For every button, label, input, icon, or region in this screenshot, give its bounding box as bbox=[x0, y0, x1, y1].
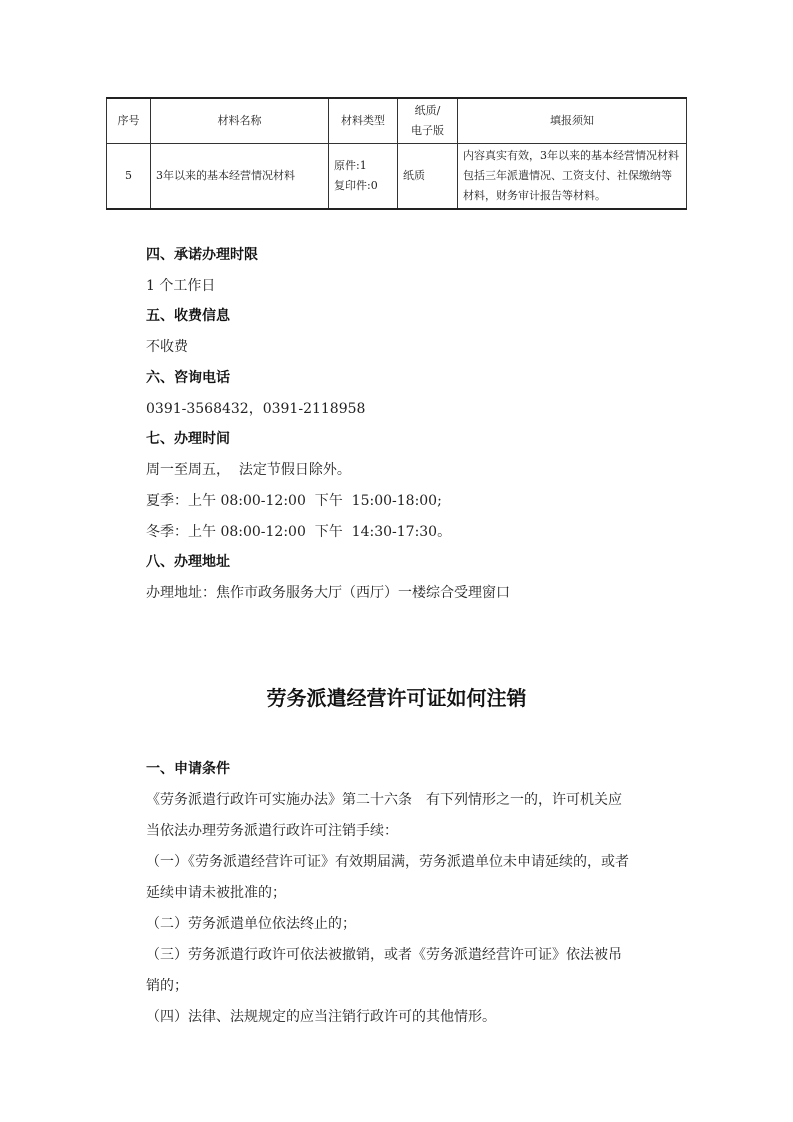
table-header-row: 序号 材料名称 材料类型 纸质/ 电子版 填报须知 bbox=[107, 98, 687, 144]
section-4-heading: 四、承诺办理时限 bbox=[146, 244, 258, 264]
cancel-intro-line1: 《劳务派遣行政许可实施办法》第二十六条 有下列情形之一的，许可机关应 bbox=[146, 789, 622, 809]
document-page: 序号 材料名称 材料类型 纸质/ 电子版 填报须知 5 3年以来的基本经营情况材… bbox=[0, 0, 793, 1122]
section-5-text: 不收费 bbox=[146, 336, 188, 356]
header-name: 材料名称 bbox=[151, 98, 329, 144]
header-form-line1: 纸质/ bbox=[403, 101, 452, 121]
cell-notes: 内容真实有效，3年以来的基本经营情况材料包括三年派遣情况、工资支付、社保缴纳等材… bbox=[458, 144, 687, 210]
cancel-intro-line2: 当依法办理劳务派遣行政许可注销手续： bbox=[146, 820, 398, 840]
cell-name: 3年以来的基本经营情况材料 bbox=[151, 144, 329, 210]
cell-type-line1: 原件:1 bbox=[334, 156, 392, 176]
cell-no: 5 bbox=[107, 144, 151, 210]
cancel-item-3-line1: （三）劳务派遣行政许可依法被撤销，或者《劳务派遣经营许可证》依法被吊 bbox=[146, 944, 622, 964]
materials-table: 序号 材料名称 材料类型 纸质/ 电子版 填报须知 5 3年以来的基本经营情况材… bbox=[106, 97, 687, 210]
cancel-item-4: （四）法律、法规规定的应当注销行政许可的其他情形。 bbox=[146, 1006, 496, 1026]
header-form-line2: 电子版 bbox=[403, 121, 452, 141]
section-7-line-2: 夏季：上午 08:00-12:00 下午 15:00-18:00; bbox=[146, 490, 442, 510]
header-notes: 填报须知 bbox=[458, 98, 687, 144]
cancel-conditions-heading: 一、申请条件 bbox=[146, 758, 230, 778]
section-6-heading: 六、咨询电话 bbox=[146, 367, 230, 387]
section-8-text: 办理地址：焦作市政务服务大厅（西厅）一楼综合受理窗口 bbox=[146, 582, 510, 602]
section-5-heading: 五、收费信息 bbox=[146, 305, 230, 325]
cell-form: 纸质 bbox=[398, 144, 458, 210]
section-8-heading: 八、办理地址 bbox=[146, 551, 230, 571]
section-7-line-1: 周一至周五， 法定节假日除外。 bbox=[146, 459, 351, 479]
header-form: 纸质/ 电子版 bbox=[398, 98, 458, 144]
cancel-item-1-line1: （一）《劳务派遣经营许可证》有效期届满，劳务派遣单位未申请延续的，或者 bbox=[146, 851, 629, 871]
section-7-heading: 七、办理时间 bbox=[146, 428, 230, 448]
cancel-item-2: （二）劳务派遣单位依法终止的； bbox=[146, 913, 356, 933]
cell-type: 原件:1 复印件:0 bbox=[329, 144, 398, 210]
cancel-item-3-line2: 销的； bbox=[146, 975, 188, 995]
section-7-line-3: 冬季：上午 08:00-12:00 下午 14:30-17:30。 bbox=[146, 521, 451, 541]
table-row: 5 3年以来的基本经营情况材料 原件:1 复印件:0 纸质 内容真实有效，3年以… bbox=[107, 144, 687, 210]
cancel-item-1-line2: 延续申请未被批准的； bbox=[146, 882, 286, 902]
section-4-text: 1 个工作日 bbox=[146, 275, 215, 295]
header-no: 序号 bbox=[107, 98, 151, 144]
section-6-text: 0391-3568432，0391-2118958 bbox=[146, 398, 365, 418]
cell-type-line2: 复印件:0 bbox=[334, 176, 392, 196]
document-title: 劳务派遣经营许可证如何注销 bbox=[0, 682, 793, 711]
header-type: 材料类型 bbox=[329, 98, 398, 144]
